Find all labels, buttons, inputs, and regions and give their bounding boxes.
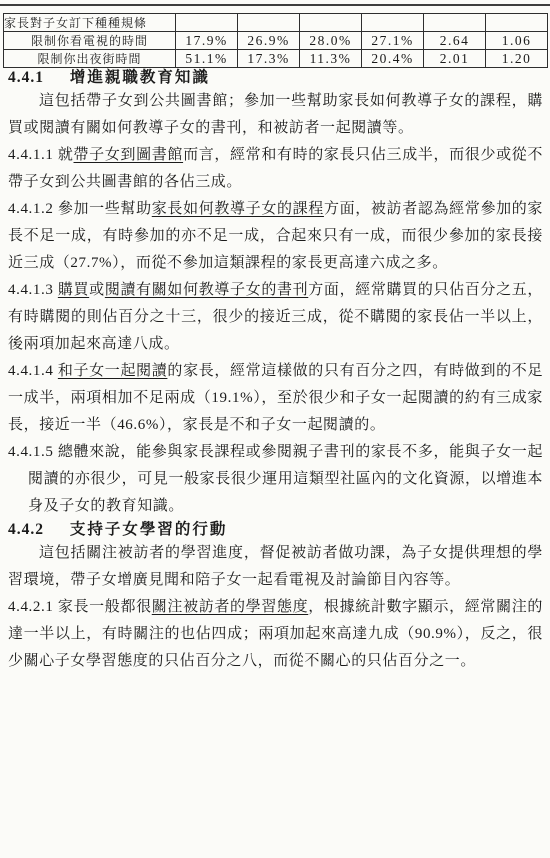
table-cell-label: 限制你看電視的時間 — [4, 32, 176, 50]
table-row: 限制你出夜街時間 51.1% 17.3% 11.3% 20.4% 2.01 1.… — [4, 50, 548, 68]
table-cell-value: 20.4% — [362, 50, 424, 68]
paragraph-4-4-1-1: 4.4.1.1 就帶子女到圖書館而言，經常和有時的家長只佔三成半，而很少或從不帶… — [8, 142, 543, 196]
text-segment: 4.4.1.2 參加一些幫助 — [8, 201, 152, 217]
section-heading-4-4-2: 4.4.2 支持子女學習的行動 — [8, 520, 543, 540]
paragraph-4-4-1-5: 4.4.1.5 總體來說，能參與家長課程或參閱親子書刊的家長不多，能與子女一起閱… — [8, 439, 543, 520]
page: 家長對子女訂下種種規條 限制你看電視的時間 17.9% 26.9% 28.0% … — [0, 4, 550, 858]
stats-table: 家長對子女訂下種種規條 限制你看電視的時間 17.9% 26.9% 28.0% … — [3, 13, 548, 68]
table-cell-value: 27.1% — [362, 32, 424, 50]
table-row: 限制你看電視的時間 17.9% 26.9% 28.0% 27.1% 2.64 1… — [4, 32, 548, 50]
text-segment: 4.4.2.1 家長一般都很 — [8, 599, 152, 615]
table-cell-value: 17.9% — [176, 32, 238, 50]
text-segment: 或 — [89, 282, 105, 298]
table-cell-value: 28.0% — [300, 32, 362, 50]
section-number: 4.4.1 — [8, 69, 44, 86]
paragraph-4-4-1-2: 4.4.1.2 參加一些幫助家長如何教導子女的課程方面，被訪者認為經常參加的家長… — [8, 196, 543, 277]
underlined-phrase: 家長如何教導子女的課程 — [152, 201, 324, 217]
table-cell-label: 限制你出夜街時間 — [4, 50, 176, 68]
table-cell-empty — [424, 14, 486, 32]
section-title: 增進親職教育知識 — [70, 69, 210, 86]
table-cell-value: 26.9% — [238, 32, 300, 50]
text-segment: 4.4.1.5 總體來說，能參與家長課程或參閱親子書刊的家長不多，能與子女一起閱… — [8, 444, 543, 514]
underlined-phrase: 帶子女到圖書館 — [74, 147, 184, 163]
paragraph-442-intro: 這包括關注被訪者的學習進度，督促被訪者做功課，為子女提供理想的學習環境，帶子女增… — [8, 540, 543, 594]
section-heading-4-4-1: 4.4.1 增進親職教育知識 — [8, 68, 543, 88]
paragraph-4-4-1-3: 4.4.1.3 購買或閱讀有關如何教導子女的書刊方面，經常購買的只佔百分之五，有… — [8, 277, 543, 358]
table-cell-empty — [486, 14, 548, 32]
underlined-phrase: 購買 — [58, 282, 89, 298]
top-rule — [0, 4, 550, 6]
underlined-phrase: 關注被訪者的學習態度 — [152, 599, 309, 615]
table-cell-empty — [362, 14, 424, 32]
underlined-phrase: 閱讀有關如何教導子女的書刊 — [105, 282, 308, 298]
table-cell-value: 1.20 — [486, 50, 548, 68]
section-number: 4.4.2 — [8, 521, 44, 538]
underlined-phrase: 和子女一起閱讀 — [58, 363, 168, 379]
table-cell-value: 51.1% — [176, 50, 238, 68]
document-body: 4.4.1 增進親職教育知識 這包括帶子女到公共圖書館；參加一些幫助家長如何教導… — [0, 68, 550, 675]
table-cell-value: 11.3% — [300, 50, 362, 68]
table-cell-value: 17.3% — [238, 50, 300, 68]
paragraph-441-intro: 這包括帶子女到公共圖書館；參加一些幫助家長如何教導子女的課程，購買或閱讀有關如何… — [8, 88, 543, 142]
text-segment: 這包括關注被訪者的學習進度，督促被訪者做功課，為子女提供理想的學習環境，帶子女增… — [8, 545, 543, 588]
table-cell-empty — [300, 14, 362, 32]
text-segment: 4.4.1.1 就 — [8, 147, 74, 163]
paragraph-4-4-1-4: 4.4.1.4 和子女一起閱讀的家長，經常這樣做的只有百分之四，有時做到的不足一… — [8, 358, 543, 439]
text-segment: 4.4.1.4 — [8, 363, 58, 379]
table-cell-empty — [176, 14, 238, 32]
table-header-row: 家長對子女訂下種種規條 — [4, 14, 548, 32]
table-cell-empty — [238, 14, 300, 32]
section-title: 支持子女學習的行動 — [70, 521, 228, 538]
table-cell-value: 2.01 — [424, 50, 486, 68]
text-segment: 這包括帶子女到公共圖書館；參加一些幫助家長如何教導子女的課程，購買或閱讀有關如何… — [8, 93, 543, 136]
text-segment: 4.4.1.3 — [8, 282, 58, 298]
table-cell-value: 2.64 — [424, 32, 486, 50]
table-cell-value: 1.06 — [486, 32, 548, 50]
paragraph-4-4-2-1: 4.4.2.1 家長一般都很關注被訪者的學習態度，根據統計數字顯示，經常關注的達… — [8, 594, 543, 675]
table-cell-category: 家長對子女訂下種種規條 — [4, 14, 176, 32]
